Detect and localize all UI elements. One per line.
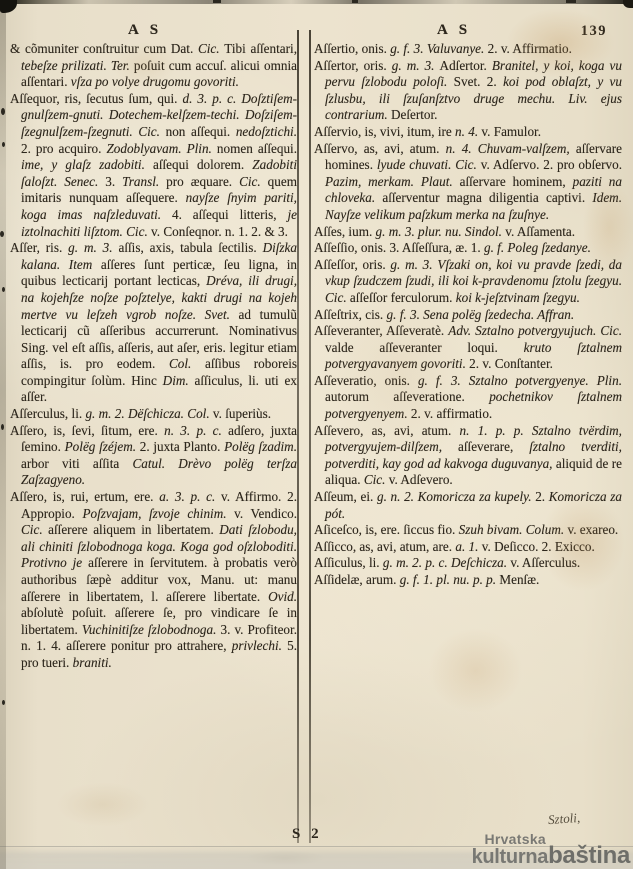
- italic-text: Cic.: [364, 472, 389, 487]
- dictionary-entry: Aſſerculus, li. g. m. 2. Dëſchicza. Col.…: [10, 406, 297, 423]
- roman-text: Aſſeveranter, Aſſeveratè.: [314, 323, 448, 338]
- dictionary-entry: Aſſeum, ei. g. n. 2. Komoricza za kupely…: [314, 489, 622, 522]
- running-head-left: A S: [10, 22, 280, 39]
- italic-text: Cic.: [21, 522, 48, 537]
- dictionary-entry: Aſſer, ris. g. m. 3. aſſis, axis, tabula…: [10, 240, 297, 406]
- column-left: & cõmuniter conſtruitur cum Dat. Cic. Ti…: [10, 41, 297, 672]
- dictionary-entry: Aſſeveranter, Aſſeveratè. Adv. Sztalno p…: [314, 323, 622, 373]
- roman-text: v. Famulor.: [481, 124, 541, 139]
- roman-text: Aſſero, is, ſevi, ſitum, ere.: [10, 423, 164, 438]
- roman-text: Aſſeſſor, oris.: [314, 257, 390, 272]
- roman-text: aſſeſſor ferculorum.: [350, 290, 456, 305]
- italic-text: g. m. 3.: [68, 240, 118, 255]
- roman-text: v. Aſſamenta.: [505, 224, 575, 239]
- roman-text: v. Vendico.: [234, 506, 297, 521]
- roman-text: Aſſertio, onis.: [314, 41, 390, 56]
- italic-text: a. 3. p. c.: [159, 489, 221, 504]
- dictionary-entry: Aſſicco, as, avi, atum, are. a. 1. v. De…: [314, 539, 622, 556]
- ink-speck: [213, 0, 221, 3]
- italic-text: g. n. 2. Komoricza za kupely.: [377, 489, 535, 504]
- roman-text: Aſſertor, oris.: [314, 58, 392, 73]
- italic-text: g. m. 2. Dëſchicza. Col.: [85, 406, 212, 421]
- italic-text: Vuchinitiſze ſzlobodnoga.: [82, 622, 221, 637]
- roman-text: aſſerere aliquem in libertatem.: [48, 522, 219, 537]
- italic-text: lyude chuvati. Cic.: [377, 157, 481, 172]
- italic-text: privlechi.: [232, 638, 287, 653]
- roman-text: Aſſeſſio, onis. 3. Aſſeſſura, æ. 1.: [314, 240, 484, 255]
- roman-text: v. exareo.: [567, 522, 618, 537]
- italic-text: ime, y glaſz zadobiti.: [21, 157, 153, 172]
- roman-text: aſſequi dolorem.: [153, 157, 252, 172]
- roman-text: Deſertor.: [391, 107, 438, 122]
- dictionary-entry: Aſſidelæ, arum. g. f. 1. pl. nu. p. p. M…: [314, 572, 622, 589]
- ink-speck: [2, 287, 5, 292]
- italic-text: n. 4.: [455, 124, 481, 139]
- dictionary-entry: Aſſes, ium. g. m. 3. plur. nu. Sindol. v…: [314, 224, 622, 241]
- roman-text: 2. v. Conſtanter.: [469, 356, 553, 371]
- watermark-bastina: baština: [548, 842, 630, 869]
- paper-stain: [55, 782, 150, 827]
- roman-text: Aſſervo, as, avi, atum.: [314, 141, 446, 156]
- roman-text: Aſſeum, ei.: [314, 489, 377, 504]
- roman-text: v. Deſicco. 2. Exicco.: [482, 539, 595, 554]
- dictionary-entry: Aſſiculus, li. g. m. 2. p. c. Deſchicza.…: [314, 555, 622, 572]
- italic-text: Polëg ſzéjem.: [65, 439, 140, 454]
- dictionary-entry: Aſiceſco, is, ere. ſiccus fio. Szuh biva…: [314, 522, 622, 539]
- roman-text: arbor viti aſſita: [21, 456, 132, 471]
- column-divider-rule-right: [309, 30, 311, 843]
- signature-mark: S 2: [292, 826, 319, 843]
- roman-text: Aſiceſco, is, ere. ſiccus fio.: [314, 522, 459, 537]
- roman-text: Menſæ.: [499, 572, 539, 587]
- dictionary-entry: Aſſertor, oris. g. m. 3. Adſertor. Brani…: [314, 58, 622, 124]
- roman-text: nomen aſſequi.: [217, 141, 297, 156]
- roman-text: Aſſidelæ, arum.: [314, 572, 400, 587]
- top-right-corner-mark: [623, 0, 633, 8]
- italic-text: Dim.: [163, 373, 195, 388]
- italic-text: vſza po volye drugomu govoriti.: [71, 74, 239, 89]
- italic-text: tebeſze prilizati. Ter.: [21, 58, 134, 73]
- ink-speck: [2, 142, 5, 147]
- roman-text: 2. pro acquiro.: [21, 141, 106, 156]
- roman-text: aſſerventur magna diligentia captivi.: [382, 190, 592, 205]
- italic-text: Polëg ſzadim.: [224, 439, 297, 454]
- watermark-line2: kulturnabaština: [472, 844, 630, 868]
- italic-text: g. m. 2. p. c. Deſchicza.: [383, 555, 510, 570]
- italic-text: g. f. Poleg ſzedanye.: [484, 240, 591, 255]
- roman-text: 2. juxta Planto.: [140, 439, 224, 454]
- dictionary-entry: Aſſeſſor, oris. g. m. 3. Vſzaki on, koi …: [314, 257, 622, 307]
- roman-text: Aſſerculus, li.: [10, 406, 85, 421]
- roman-text: Svet. 2.: [454, 74, 503, 89]
- dictionary-entry: Aſſevero, as, avi, atum. n. 1. p. p. Szt…: [314, 423, 622, 489]
- roman-text: Aſſervio, is, vivi, itum, ire: [314, 124, 455, 139]
- catchword: Sztoli,: [547, 810, 580, 828]
- roman-text: v. Adſevero.: [389, 472, 453, 487]
- roman-text: v. Aſſerculus.: [510, 555, 580, 570]
- italic-text: Cic.: [239, 174, 268, 189]
- roman-text: Tibi aſſentari,: [224, 41, 297, 56]
- ink-speck: [566, 0, 576, 3]
- ink-speck: [1, 424, 4, 430]
- italic-text: Poſzvajam, ſzvoje chinim.: [82, 506, 234, 521]
- page-left-edge-shadow: [0, 0, 6, 869]
- dictionary-entry: Aſſero, is, ſevi, ſitum, ere. n. 3. p. c…: [10, 423, 297, 489]
- roman-text: v. Adſervo. 2. pro obſervo.: [481, 157, 622, 172]
- roman-text: aſſis, axis, tabula ſectilis.: [118, 240, 262, 255]
- watermark-kulturna: kulturna: [472, 846, 549, 868]
- dictionary-entry: Aſſeſtrix, cis. g. f. 3. Sena polëg ſzed…: [314, 307, 622, 324]
- roman-text: v. ſuperiùs.: [213, 406, 271, 421]
- roman-text: Adſertor.: [440, 58, 492, 73]
- roman-text: aſſeverare,: [458, 439, 529, 454]
- italic-text: g. f. 3. Sztalno potvergyenye. Plin.: [418, 373, 622, 388]
- dictionary-entry: Aſſervo, as, avi, atum. n. 4. Chuvam-val…: [314, 141, 622, 224]
- column-right: Aſſertio, onis. g. f. 3. Valuvanye. 2. v…: [314, 41, 622, 589]
- ink-speck: [2, 700, 5, 705]
- italic-text: koi k-jeſztvinam ſzegyu.: [456, 290, 580, 305]
- italic-text: nedoſztichi.: [236, 124, 297, 139]
- roman-text: Aſſeſtrix, cis.: [314, 307, 387, 322]
- italic-text: Transl.: [122, 174, 166, 189]
- italic-text: Col.: [169, 356, 205, 371]
- italic-text: n. 3. p. c.: [164, 423, 228, 438]
- top-left-corner-mark: [0, 0, 17, 13]
- dictionary-entry: Aſſequor, ris, ſecutus ſum, qui. d. 3. p…: [10, 91, 297, 240]
- roman-text: Aſſero, is, rui, ertum, ere.: [10, 489, 159, 504]
- italic-text: Cic.: [198, 41, 224, 56]
- page-number: 139: [581, 23, 607, 40]
- ink-speck: [352, 0, 358, 3]
- roman-text: 2. v. affirmatio.: [411, 406, 492, 421]
- roman-text: Aſſevero, as, avi, atum.: [314, 423, 460, 438]
- italic-text: g. f. 3. Sena polëg ſzedecha. Affran.: [387, 307, 575, 322]
- paper-stain: [428, 628, 523, 713]
- italic-text: n. 4. Chuvam-valſzem,: [446, 141, 576, 156]
- dictionary-entry: Aſſeſſio, onis. 3. Aſſeſſura, æ. 1. g. f…: [314, 240, 622, 257]
- italic-text: g. m. 3. plur. nu. Sindol.: [376, 224, 506, 239]
- roman-text: 3.: [105, 174, 122, 189]
- dictionary-entry: Aſſeveratio, onis. g. f. 3. Sztalno potv…: [314, 373, 622, 423]
- dictionary-entry: Aſſervio, is, vivi, itum, ire n. 4. v. F…: [314, 124, 622, 141]
- column-divider-rule-left: [297, 30, 299, 843]
- italic-text: Adv. Sztalno potvergyujuch. Cic.: [448, 323, 622, 338]
- watermark: Hrvatska kulturnabaština: [472, 832, 630, 868]
- running-head-right: A S: [314, 22, 594, 39]
- italic-text: Pazim, merkam. Plaut.: [325, 174, 460, 189]
- roman-text: v. Conſeqnor. n. 1. 2. & 3.: [151, 224, 288, 239]
- roman-text: 2. v. Affirmatio.: [488, 41, 572, 56]
- roman-text: Aſſeveratio, onis.: [314, 373, 418, 388]
- roman-text: Aſſiculus, li.: [314, 555, 383, 570]
- roman-text: aſſervare hominem,: [460, 174, 573, 189]
- scanned-book-page: A S A S 139 & cõmuniter conſtruitur cum …: [0, 0, 633, 869]
- dictionary-entry: & cõmuniter conſtruitur cum Dat. Cic. Ti…: [10, 41, 297, 91]
- roman-text: Aſſes, ium.: [314, 224, 376, 239]
- italic-text: g. f. 1. pl. nu. p. p.: [400, 572, 500, 587]
- roman-text: 4. aſſequi litteris,: [172, 207, 287, 222]
- italic-text: braniti.: [73, 655, 112, 670]
- roman-text: Aſſicco, as, avi, atum, are.: [314, 539, 455, 554]
- ink-speck: [1, 108, 5, 115]
- roman-text: 2.: [535, 489, 549, 504]
- dictionary-entry: Aſſertio, onis. g. f. 3. Valuvanye. 2. v…: [314, 41, 622, 58]
- roman-text: non aſſequi.: [166, 124, 236, 139]
- italic-text: Ovid.: [268, 589, 297, 604]
- roman-text: pro æquare.: [166, 174, 239, 189]
- roman-text: & cõmuniter conſtruitur cum Dat.: [10, 41, 198, 56]
- roman-text: valde aſſeveranter loqui.: [325, 340, 524, 355]
- italic-text: g. m. 3.: [392, 58, 440, 73]
- ink-speck: [0, 231, 4, 237]
- page-top-edge-shadow: [0, 0, 633, 4]
- roman-text: Aſſequor, ris, ſecutus ſum, qui.: [10, 91, 182, 106]
- roman-text: Aſſer, ris.: [10, 240, 68, 255]
- italic-text: Zodoblyavam. Plin.: [106, 141, 216, 156]
- roman-text: autorum aſſeveratione.: [325, 389, 489, 404]
- italic-text: Szuh bivam. Colum.: [459, 522, 568, 537]
- italic-text: g. f. 3. Valuvanye.: [390, 41, 487, 56]
- italic-text: a. 1.: [455, 539, 481, 554]
- dictionary-entry: Aſſero, is, rui, ertum, ere. a. 3. p. c.…: [10, 489, 297, 672]
